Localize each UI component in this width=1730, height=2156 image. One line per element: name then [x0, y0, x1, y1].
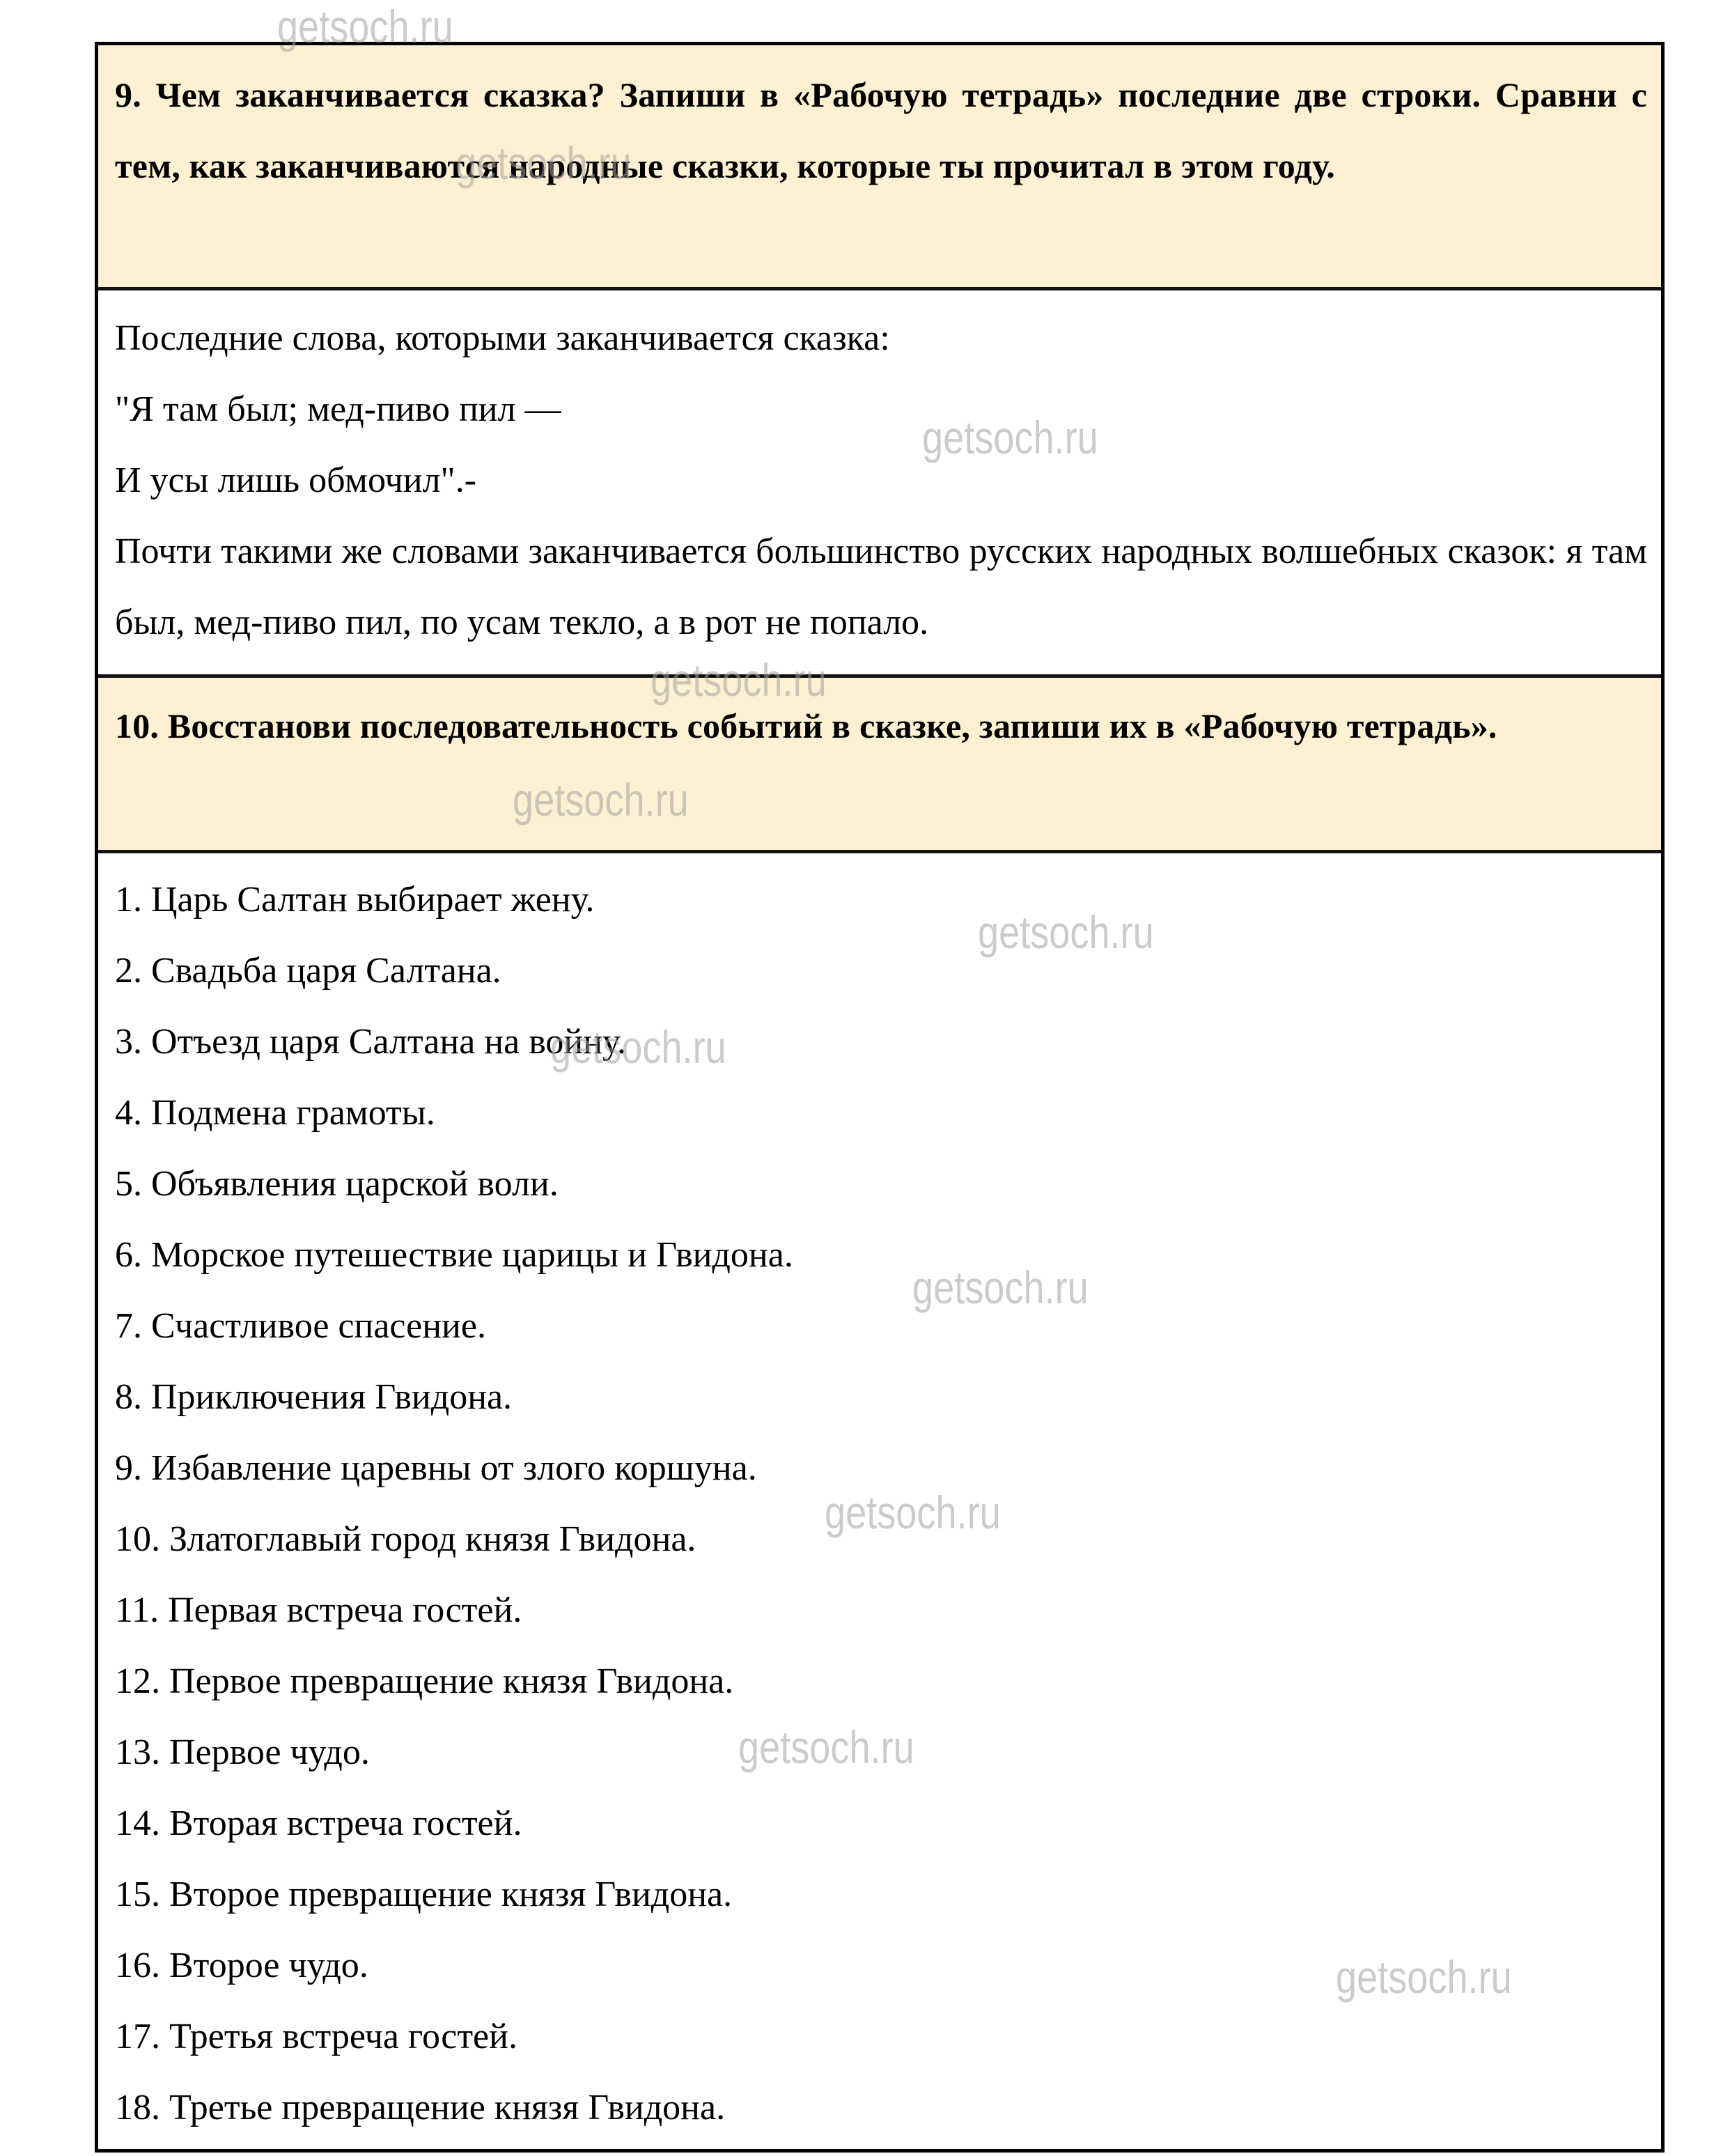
homework-answer-sheet: 9. Чем заканчивается сказка? Запиши в «Р… [95, 42, 1665, 2153]
event-item: 9. Избавление царевны от злого коршуна. [115, 1433, 1647, 1504]
event-item: 16. Второе чудо. [115, 1930, 1647, 2001]
event-item: 15. Второе превращение князя Гвидона. [115, 1859, 1647, 1930]
event-item: 3. Отъезд царя Салтана на войну. [115, 1007, 1647, 1078]
event-item: 1. Царь Салтан выбирает жену. [115, 864, 1647, 936]
answer-9-comparison: Почти такими же словами заканчивается бо… [115, 516, 1647, 658]
event-item: 4. Подмена грамоты. [115, 1078, 1647, 1149]
event-item: 12. Первое превращение князя Гвидона. [115, 1646, 1647, 1717]
question-9-header: 9. Чем заканчивается сказка? Запиши в «Р… [98, 45, 1661, 287]
event-item: 5. Объявления царской воли. [115, 1149, 1647, 1220]
event-item: 8. Приключения Гвидона. [115, 1362, 1647, 1433]
event-item: 11. Первая встреча гостей. [115, 1575, 1647, 1646]
event-item: 13. Первое чудо. [115, 1717, 1647, 1788]
question-10-text: 10. Восстанови последовательность событи… [115, 690, 1647, 761]
question-10-answer: 1. Царь Салтан выбирает жену.2. Свадьба … [98, 853, 1661, 2149]
event-item: 18. Третье превращение князя Гвидона. [115, 2072, 1647, 2143]
event-item: 14. Вторая встреча гостей. [115, 1788, 1647, 1859]
event-sequence-list: 1. Царь Салтан выбирает жену.2. Свадьба … [115, 864, 1647, 2143]
event-item: 10. Златоглавый город князя Гвидона. [115, 1504, 1647, 1575]
question-9-text: 9. Чем заканчивается сказка? Запиши в «Р… [115, 59, 1647, 201]
event-item: 6. Морское путешествие царицы и Гвидона. [115, 1220, 1647, 1291]
question-10-header: 10. Восстанови последовательность событи… [98, 678, 1661, 850]
answer-9-quote-line-1: "Я там был; мед-пиво пил — [115, 374, 1647, 445]
event-item: 2. Свадьба царя Салтана. [115, 936, 1647, 1007]
question-9-answer: Последние слова, которыми заканчивается … [98, 290, 1661, 674]
event-item: 17. Третья встреча гостей. [115, 2001, 1647, 2072]
event-item: 7. Счастливое спасение. [115, 1291, 1647, 1362]
answer-9-quote-line-2: И усы лишь обмочил".- [115, 445, 1647, 516]
answer-9-intro: Последние слова, которыми заканчивается … [115, 303, 1647, 374]
